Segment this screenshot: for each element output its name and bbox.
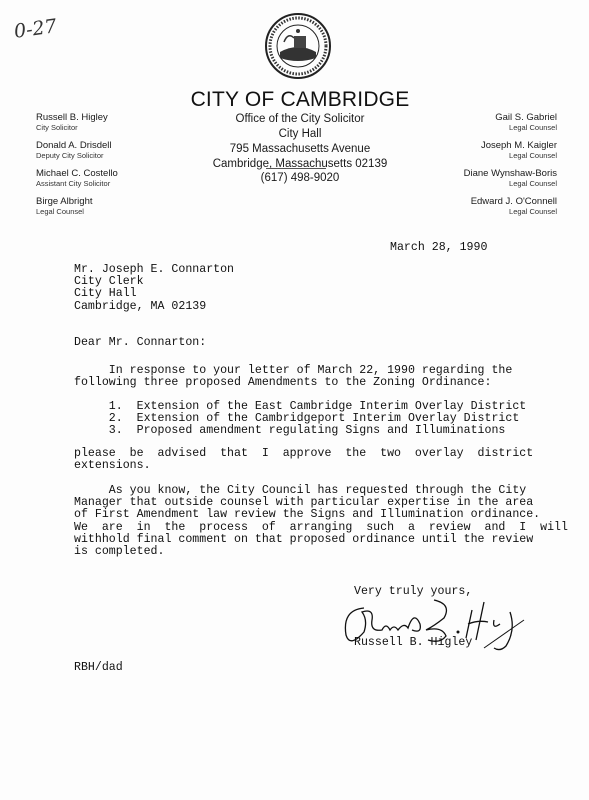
text-line: following three proposed Amendments to t… bbox=[74, 377, 512, 389]
staff-name: Michael C. Costello bbox=[36, 168, 118, 179]
staff-title: Legal Counsel bbox=[464, 123, 557, 133]
staff-name: Donald A. Drisdell bbox=[36, 140, 118, 151]
paragraph-1: In response to your letter of March 22, … bbox=[74, 365, 512, 389]
paragraph-2: please be advised that I approve the two… bbox=[74, 448, 533, 472]
staff-name: Russell B. Higley bbox=[36, 112, 118, 123]
staff-title: Legal Counsel bbox=[36, 207, 118, 217]
staff-entry: Birge Albright Legal Counsel bbox=[36, 196, 118, 217]
letter-date: March 28, 1990 bbox=[390, 242, 487, 254]
staff-name: Birge Albright bbox=[36, 196, 118, 207]
office-line: Office of the City Solicitor bbox=[160, 112, 440, 127]
office-line: 795 Massachusetts Avenue bbox=[160, 142, 440, 157]
staff-title: City Solicitor bbox=[36, 123, 118, 133]
staff-entry: Michael C. Costello Assistant City Solic… bbox=[36, 168, 118, 189]
office-line: City Hall bbox=[160, 127, 440, 142]
list-item: 3. Proposed amendment regulating Signs a… bbox=[74, 425, 526, 437]
address-line: City Hall bbox=[74, 288, 234, 300]
text-line: extensions. bbox=[74, 460, 533, 472]
salutation: Dear Mr. Connarton: bbox=[74, 337, 206, 349]
office-address: Office of the City Solicitor City Hall 7… bbox=[160, 112, 440, 172]
handwritten-note: 0-27 bbox=[13, 15, 58, 43]
staff-name: Joseph M. Kaigler bbox=[464, 140, 557, 151]
office-line: Cambridge, Massachusetts 02139 bbox=[160, 157, 440, 172]
staff-name: Diane Wynshaw-Boris bbox=[464, 168, 557, 179]
staff-entry: Edward J. O'Connell Legal Counsel bbox=[464, 196, 557, 217]
city-seal-icon bbox=[264, 12, 332, 80]
staff-entry: Gail S. Gabriel Legal Counsel bbox=[464, 112, 557, 133]
signer-name: Russell B. Higley bbox=[354, 637, 472, 649]
staff-title: Deputy City Solicitor bbox=[36, 151, 118, 161]
staff-entry: Joseph M. Kaigler Legal Counsel bbox=[464, 140, 557, 161]
staff-name: Edward J. O'Connell bbox=[464, 196, 557, 207]
staff-name: Gail S. Gabriel bbox=[464, 112, 557, 123]
staff-title: Legal Counsel bbox=[464, 179, 557, 189]
paragraph-3: As you know, the City Council has reques… bbox=[74, 485, 568, 558]
staff-title: Assistant City Solicitor bbox=[36, 179, 118, 189]
amendments-list: 1. Extension of the East Cambridge Inter… bbox=[74, 401, 526, 438]
text-line: of First Amendment law review the Signs … bbox=[74, 509, 568, 521]
staff-title: Legal Counsel bbox=[464, 207, 557, 217]
staff-entry: Russell B. Higley City Solicitor bbox=[36, 112, 118, 133]
city-title: CITY OF CAMBRIDGE bbox=[160, 88, 440, 112]
staff-list-right: Gail S. Gabriel Legal Counsel Joseph M. … bbox=[464, 112, 557, 224]
recipient-address: Mr. Joseph E. ConnartonCity ClerkCity Ha… bbox=[74, 264, 234, 313]
text-line: is completed. bbox=[74, 546, 568, 558]
typist-initials: RBH/dad bbox=[74, 662, 123, 674]
staff-entry: Diane Wynshaw-Boris Legal Counsel bbox=[464, 168, 557, 189]
office-phone: (617) 498-9020 bbox=[160, 172, 440, 184]
text-line: We are in the process of arranging such … bbox=[74, 522, 568, 534]
staff-list-left: Russell B. Higley City Solicitor Donald … bbox=[36, 112, 118, 224]
signature-icon bbox=[334, 590, 534, 660]
staff-title: Legal Counsel bbox=[464, 151, 557, 161]
address-line: Cambridge, MA 02139 bbox=[74, 301, 234, 313]
staff-entry: Donald A. Drisdell Deputy City Solicitor bbox=[36, 140, 118, 161]
divider bbox=[266, 168, 326, 169]
